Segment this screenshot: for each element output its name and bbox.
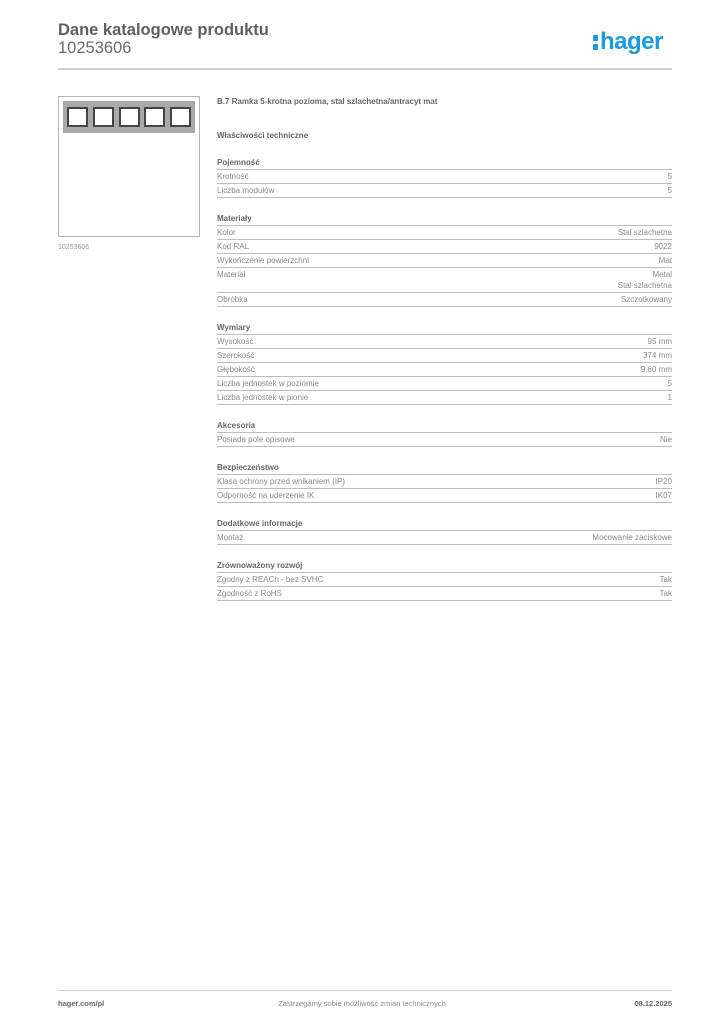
spec-label: Obróbka (217, 294, 248, 305)
spec-value: Mocowanie zaciskowe (592, 532, 672, 543)
spec-label: Kod RAL (217, 241, 249, 252)
spec-groups: PojemnośćKrotność5Liczba modułów5Materia… (217, 157, 672, 601)
header-divider (58, 68, 672, 70)
spec-label: Posiada pole opisowe (217, 434, 295, 445)
spec-label: Montaż (217, 532, 243, 543)
spec-group: Dodatkowe informacjeMontażMocowanie zaci… (217, 518, 672, 545)
spec-row: Zgodność z RoHSTak (217, 587, 672, 601)
spec-value: 5 (668, 378, 672, 389)
spec-value: Stal szlachetna (618, 227, 672, 238)
document-title: Dane katalogowe produktu (58, 21, 269, 40)
spec-row: ObróbkaSzczotkowany (217, 293, 672, 307)
frame-opening (67, 107, 88, 127)
spec-value-line: 95 mm (648, 336, 672, 347)
spec-label: Materiał (217, 269, 245, 291)
image-caption: 10253606 (58, 244, 89, 251)
spec-row: Liczba jednostek w pionie1 (217, 391, 672, 405)
frame-opening (93, 107, 114, 127)
group-title: Dodatkowe informacje (217, 518, 672, 531)
spec-label: Klasa ochrony przed wnikaniem (IP) (217, 476, 345, 487)
spec-row: Liczba modułów5 (217, 184, 672, 198)
product-image (58, 96, 200, 237)
product-number: 10253606 (58, 39, 131, 58)
spec-row: Głębokość9,60 mm (217, 363, 672, 377)
spec-value-line: IK07 (656, 490, 672, 501)
spec-label: Zgodność z RoHS (217, 588, 282, 599)
spec-label: Kolor (217, 227, 236, 238)
spec-row: Wysokość95 mm (217, 335, 672, 349)
spec-value: 1 (668, 392, 672, 403)
spec-value-line: 5 (668, 185, 672, 196)
spec-value: Tak (660, 574, 672, 585)
spec-label: Szerokość (217, 350, 254, 361)
spec-value-line: Mat (659, 255, 672, 266)
spec-value: 9022 (654, 241, 672, 252)
footer-date: 08.12.2025 (634, 999, 672, 1008)
spec-label: Wykończenie powierzchni (217, 255, 309, 266)
spec-group: PojemnośćKrotność5Liczba modułów5 (217, 157, 672, 198)
spec-value-line: Tak (660, 588, 672, 599)
spec-value-line: IP20 (656, 476, 672, 487)
spec-label: Wysokość (217, 336, 253, 347)
spec-value-line: Nie (660, 434, 672, 445)
spec-value-line: Metal (618, 269, 672, 280)
frame-opening (119, 107, 140, 127)
spec-group: AkcesoriaPosiada pole opisoweNie (217, 420, 672, 447)
spec-value: 9,60 mm (641, 364, 672, 375)
spec-value-line: Stal szlachetna (618, 280, 672, 291)
footer-divider (58, 990, 672, 991)
spec-value: 95 mm (648, 336, 672, 347)
spec-value: 5 (668, 171, 672, 182)
product-frame-5-gang-image (63, 101, 195, 133)
spec-value-line: 9022 (654, 241, 672, 252)
spec-value: 374 mm (643, 350, 672, 361)
spec-value-line: 1 (668, 392, 672, 403)
spec-value-line: Szczotkowany (621, 294, 672, 305)
spec-row: MontażMocowanie zaciskowe (217, 531, 672, 545)
spec-row: Odporność na uderzenie IKIK07 (217, 489, 672, 503)
spec-value: IK07 (656, 490, 672, 501)
spec-value-line: 5 (668, 378, 672, 389)
frame-opening (144, 107, 165, 127)
spec-label: Liczba jednostek w pionie (217, 392, 308, 403)
group-title: Akcesoria (217, 420, 672, 433)
spec-row: MateriałMetalStal szlachetna (217, 268, 672, 293)
spec-value-line: Mocowanie zaciskowe (592, 532, 672, 543)
spec-value: Tak (660, 588, 672, 599)
group-title: Pojemność (217, 157, 672, 170)
spec-group: Zrównoważony rozwójZgodny z REACh - bez … (217, 560, 672, 601)
spec-row: KolorStal szlachetna (217, 226, 672, 240)
spec-row: Posiada pole opisoweNie (217, 433, 672, 447)
spec-row: Wykończenie powierzchniMat (217, 254, 672, 268)
spec-value: IP20 (656, 476, 672, 487)
group-title: Bezpieczeństwo (217, 462, 672, 475)
spec-label: Odporność na uderzenie IK (217, 490, 314, 501)
spec-row: Krotność5 (217, 170, 672, 184)
section-title: Właściwości techniczne (217, 130, 672, 141)
spec-row: Liczba jednostek w poziomie5 (217, 377, 672, 391)
spec-value-line: Tak (660, 574, 672, 585)
spec-value: Mat (659, 255, 672, 266)
spec-label: Zgodny z REACh - bez SVHC (217, 574, 323, 585)
spec-row: Szerokość374 mm (217, 349, 672, 363)
product-name: B.7 Ramka 5-krotna pozioma, stal szlache… (217, 96, 672, 107)
spec-group: BezpieczeństwoKlasa ochrony przed wnikan… (217, 462, 672, 503)
group-title: Wymiary (217, 322, 672, 335)
logo-text: hager (600, 28, 663, 55)
group-title: Zrównoważony rozwój (217, 560, 672, 573)
spec-value-line: 374 mm (643, 350, 672, 361)
spec-label: Głębokość (217, 364, 255, 375)
spec-value: Nie (660, 434, 672, 445)
spec-content: B.7 Ramka 5-krotna pozioma, stal szlache… (217, 96, 672, 601)
spec-value-line: 5 (668, 171, 672, 182)
frame-opening (170, 107, 191, 127)
spec-value: MetalStal szlachetna (618, 269, 672, 291)
spec-label: Krotność (217, 171, 249, 182)
spec-row: Klasa ochrony przed wnikaniem (IP)IP20 (217, 475, 672, 489)
hager-logo: hager (593, 29, 663, 55)
spec-value-line: Stal szlachetna (618, 227, 672, 238)
spec-row: Zgodny z REACh - bez SVHCTak (217, 573, 672, 587)
spec-value: Szczotkowany (621, 294, 672, 305)
spec-label: Liczba modułów (217, 185, 274, 196)
footer-disclaimer: Zastrzegamy sobie możliwość zmian techni… (0, 999, 724, 1008)
logo-colon-icon (593, 32, 598, 51)
spec-value-line: 9,60 mm (641, 364, 672, 375)
spec-row: Kod RAL9022 (217, 240, 672, 254)
spec-group: WymiaryWysokość95 mmSzerokość374 mmGłębo… (217, 322, 672, 405)
group-title: Materiały (217, 213, 672, 226)
spec-group: MateriałyKolorStal szlachetnaKod RAL9022… (217, 213, 672, 307)
spec-label: Liczba jednostek w poziomie (217, 378, 319, 389)
spec-value: 5 (668, 185, 672, 196)
